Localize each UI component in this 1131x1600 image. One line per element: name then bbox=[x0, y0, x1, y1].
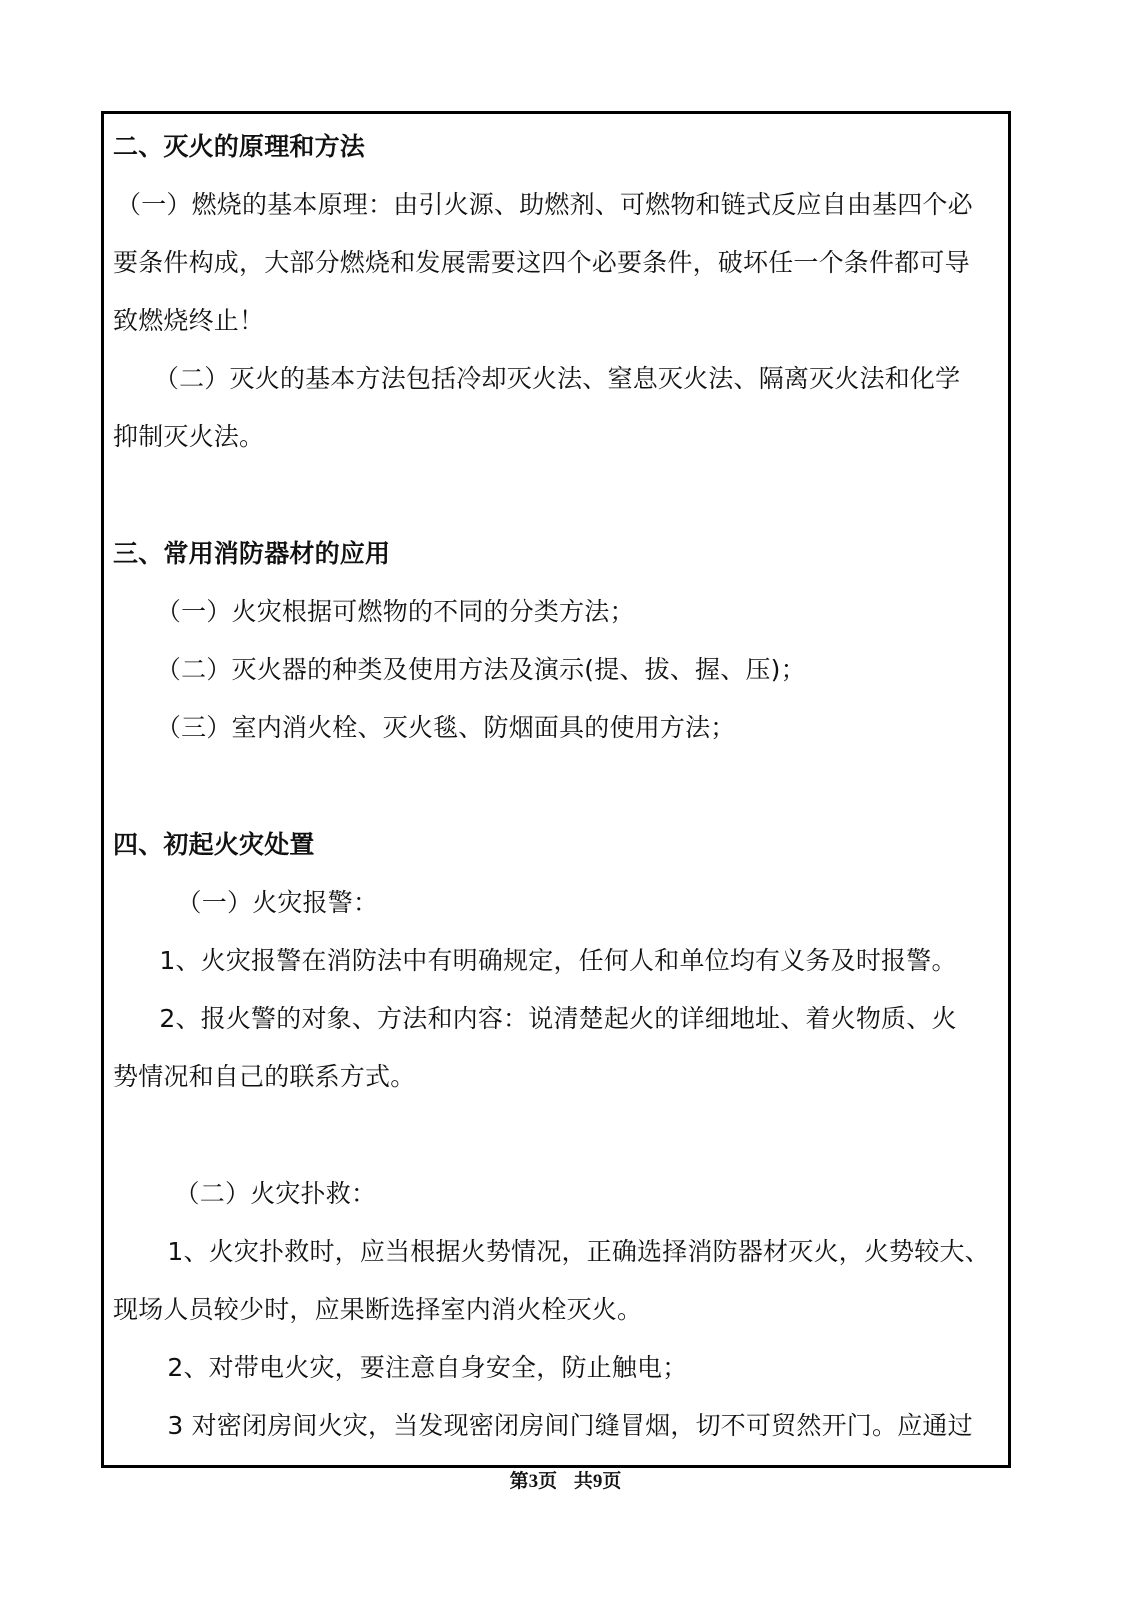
current-page-label: 第3页 bbox=[510, 1471, 558, 1492]
subheading: （二）火灾扑救： bbox=[116, 1177, 1002, 1211]
paragraph-line: 1、火灾报警在消防法中有明确规定，任何人和单位均有义务及时报警。 bbox=[126, 944, 1002, 978]
content-frame: 二、灭火的原理和方法 （一）燃烧的基本原理：由引火源、助燃剂、可燃物和链式反应自… bbox=[101, 111, 1011, 1468]
paragraph-line: 2、对带电火灾，要注意自身安全，防止触电； bbox=[134, 1351, 1002, 1385]
section-heading-3: 三、常用消防器材的应用 bbox=[113, 537, 1002, 571]
paragraph-line: 1、火灾扑救时，应当根据火势情况，正确选择消防器材灭火，火势较大、 bbox=[134, 1235, 1002, 1269]
paragraph-line: 3 对密闭房间火灾，当发现密闭房间门缝冒烟，切不可贸然开门。应通过 bbox=[134, 1409, 1002, 1443]
list-item: （二）灭火器的种类及使用方法及演示(提、拔、握、压)； bbox=[118, 653, 1002, 687]
list-item: （三）室内消火栓、灭火毯、防烟面具的使用方法； bbox=[118, 711, 1002, 745]
paragraph-line: 势情况和自己的联系方式。 bbox=[113, 1060, 1002, 1094]
paragraph-line: 抑制灭火法。 bbox=[113, 420, 1002, 454]
paragraph-line: 要条件构成，大部分燃烧和发展需要这四个必要条件，破坏任一个条件都可导 bbox=[113, 246, 1002, 280]
section-heading-4: 四、初起火灾处置 bbox=[113, 828, 1002, 862]
page-footer: 第3页 共9页 bbox=[0, 1466, 1131, 1493]
section-heading-2: 二、灭火的原理和方法 bbox=[113, 130, 1002, 164]
paragraph-line: （二）灭火的基本方法包括冷却灭火法、窒息灭火法、隔离灭火法和化学 bbox=[116, 362, 1002, 396]
total-pages-label: 共9页 bbox=[574, 1471, 622, 1492]
paragraph-line: 2、报火警的对象、方法和内容：说清楚起火的详细地址、着火物质、火 bbox=[126, 1002, 1002, 1036]
list-item: （一）火灾根据可燃物的不同的分类方法； bbox=[118, 595, 1002, 629]
paragraph-line: 现场人员较少时，应果断选择室内消火栓灭火。 bbox=[113, 1293, 1002, 1327]
subheading: （一）火灾报警： bbox=[118, 886, 1002, 920]
paragraph-line: 致燃烧终止！ bbox=[113, 304, 1002, 338]
paragraph-line: （一）燃烧的基本原理：由引火源、助燃剂、可燃物和链式反应自由基四个必 bbox=[116, 188, 1002, 222]
